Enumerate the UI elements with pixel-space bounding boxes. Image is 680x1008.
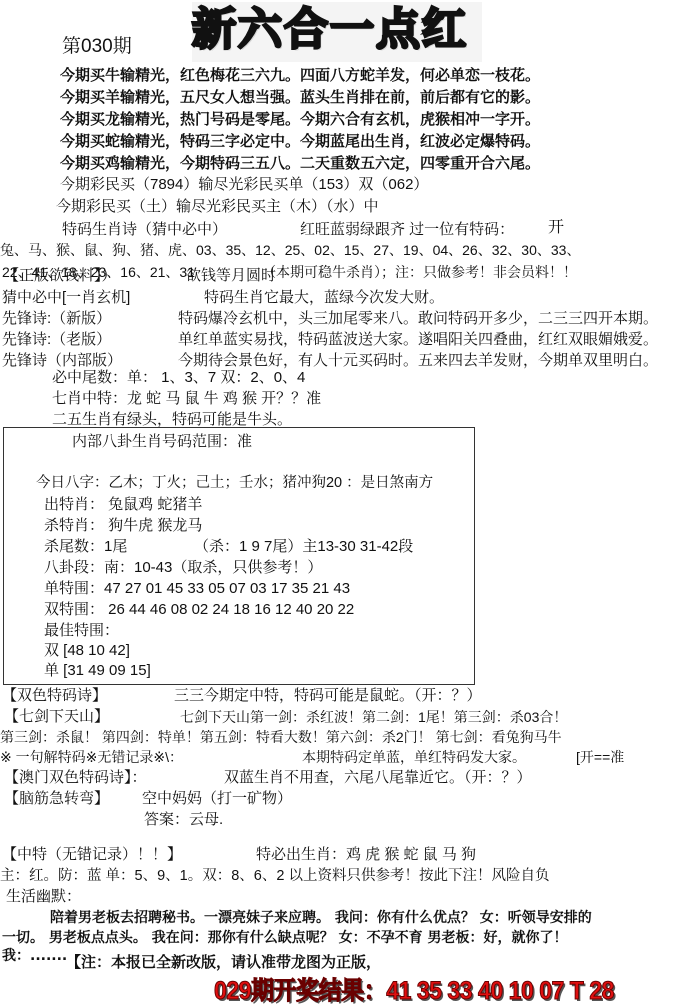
poem-line: 今期买蛇输精光，特码三字必定中。今期蓝尾出生肖，红波必定爆特码。: [60, 131, 540, 151]
bagua-best-label: 最佳特围：: [44, 621, 119, 641]
zhongte-line-2: 主：红。防：蓝 单：5、9、1。双：8、6、2 以上资料只供参考！按此下注！风险…: [0, 866, 549, 886]
bagua-segment: 八卦段：南：10-43（取杀，只供参考！）: [44, 558, 322, 578]
one-sentence-open: [开==准: [576, 747, 624, 767]
section-text-old: 单红单蓝实易找，特码蓝波送大家。遂唱阳关四叠曲，红红双眼媚娥爱。: [178, 330, 658, 350]
double-color-label: 【双色特码诗】: [2, 686, 107, 706]
seven-swords-line-2: 第三剑：杀鼠！ 第四剑：特单！第五剑：特看大数！第六剑：杀2门！ 第七剑：看兔狗…: [0, 727, 562, 747]
bagua-bazi: 今日八字：乙木；丁火；己土；壬水；猪冲狗20 ：是日煞南方: [36, 473, 433, 493]
tail-numbers: 必中尾数：单： 1、3、7 双：2、0、4: [52, 368, 305, 388]
one-sentence-text: 本期特码定单蓝，单红特码发大家。: [302, 747, 526, 767]
bagua-kill-zodiac: 杀特肖： 狗牛虎 猴龙马: [44, 516, 202, 536]
riddle-answer: 答案：云母.: [144, 810, 223, 830]
zhongte-text: 特必出生肖：鸡 虎 猴 蛇 鼠 马 狗: [256, 845, 476, 865]
section-text-zhengban: 欲钱等月圆时: [186, 266, 276, 286]
bagua-out-zodiac: 出特肖： 兔鼠鸡 蛇猪羊: [44, 495, 202, 515]
footer-note: 【注：本报已全新改版，请认准带龙图为正版，: [66, 953, 381, 973]
draw-result: 029期开奖结果：41 35 33 40 10 07 T 28: [214, 976, 614, 1006]
tema-list-line-1: 兔、马、猴、鼠、狗、猪、虎、03、35、12、25、02、15、27、19、04…: [0, 240, 580, 260]
bagua-kill-tail-note: （杀：1 9 7尾）主13-30 31-42段: [194, 537, 413, 557]
double-color-text: 三三今期定中特，特码可能是鼠蛇。（开：？）: [174, 686, 482, 706]
poem-line: 今期买牛输精光，红色梅花三六九。四面八方蛇羊发，何必单恋一枝花。: [60, 65, 540, 85]
macau-poem-label: 【澳门双色特码诗】：: [4, 768, 147, 788]
tema-open: 开: [548, 218, 564, 238]
bagua-title: 内部八卦生肖号码范围：准: [72, 432, 252, 452]
caimin-line-2: 今期彩民买（土）输尽光彩民买主（木）（水）中: [56, 197, 379, 217]
humor-line-1: 陪着男老板去招聘秘书。一漂亮妹子来应聘。 我问：你有什么优点？ 女：听领导安排的: [50, 908, 592, 928]
one-sentence-label: ※ 一句解特码※无错记录※\：: [0, 747, 183, 767]
zhongte-label: 【中特（无错记录）！！】: [2, 845, 182, 865]
humor-line-3: 我：.......: [2, 946, 67, 966]
bagua-best-even: 双 [48 10 42]: [44, 641, 130, 661]
seven-swords-line-1: 七剑下天山第一剑：杀红波！第二剑：1尾！第三剑：杀03合！: [180, 707, 567, 727]
macau-poem-text: 双蓝生肖不用查，六尾八尾靠近它。（开：？）: [224, 768, 532, 788]
tema-wave: 红旺蓝弱绿跟齐 过一位有特码：: [300, 220, 514, 240]
section-text-yixiao: 特码生肖它最大，蓝绿今次发大财。: [204, 288, 444, 308]
page-title: 新六合一点红: [192, 2, 482, 62]
section-label-old: 先锋诗:（老版）: [2, 330, 111, 350]
bagua-best-odd: 单 [31 49 09 15]: [44, 661, 151, 681]
poem-line: 今期买龙输精光，热门号码是零尾。今期六合有玄机，虎猴相冲一字开。: [60, 109, 540, 129]
humor-label: 生活幽默：: [6, 887, 81, 907]
poem-line: 今期买羊输精光，五尺女人想当强。蓝头生肖排在前，前后都有它的影。: [60, 87, 540, 107]
humor-line-2: 一切。 男老板点点头。 我在问：那你有什么缺点呢？ 女：不孕不育 男老板：好，就…: [2, 928, 568, 948]
bagua-even-range: 双特围： 26 44 46 08 02 24 18 16 12 40 20 22: [44, 600, 354, 620]
poem-line: 今期买鸡输精光，今期特码三五八。二天重数五六定，四零重开合六尾。: [60, 153, 540, 173]
tema-poem-label: 特码生肖诗（猜中必中）: [62, 220, 227, 240]
bagua-odd-range: 单特围：47 27 01 45 33 05 07 03 17 35 21 43: [44, 579, 350, 599]
section-label-yixiao: 猜中必中[一肖玄机]: [2, 288, 130, 308]
bagua-kill-tail: 杀尾数：1尾: [44, 537, 127, 557]
section-text-new: 特码爆冷玄机中，头三加尾零来八。敢问特码开多少，二三三四开本期。: [178, 309, 658, 329]
section-label-new: 先锋诗:（新版）: [2, 309, 111, 329]
riddle-label: 【脑筋急转弯】: [4, 789, 109, 809]
section-label-zhengban: 【正版欲钱料】）: [4, 266, 117, 286]
seven-swords-label: 【七剑下天山】: [4, 707, 109, 727]
seven-zodiac: 七肖中特：龙 蛇 马 鼠 牛 鸡 猴 开？？准: [52, 389, 321, 409]
caimin-line-1: 今期彩民买（7894）输尽光彩民买单（153）双（062）: [60, 175, 428, 195]
riddle-question: 空中妈妈（打一矿物）: [142, 789, 292, 809]
tema-note: （本期可稳牛杀肖）；注：只做参考！非会员料！！: [262, 262, 577, 282]
issue-number: 第030期: [62, 36, 132, 58]
